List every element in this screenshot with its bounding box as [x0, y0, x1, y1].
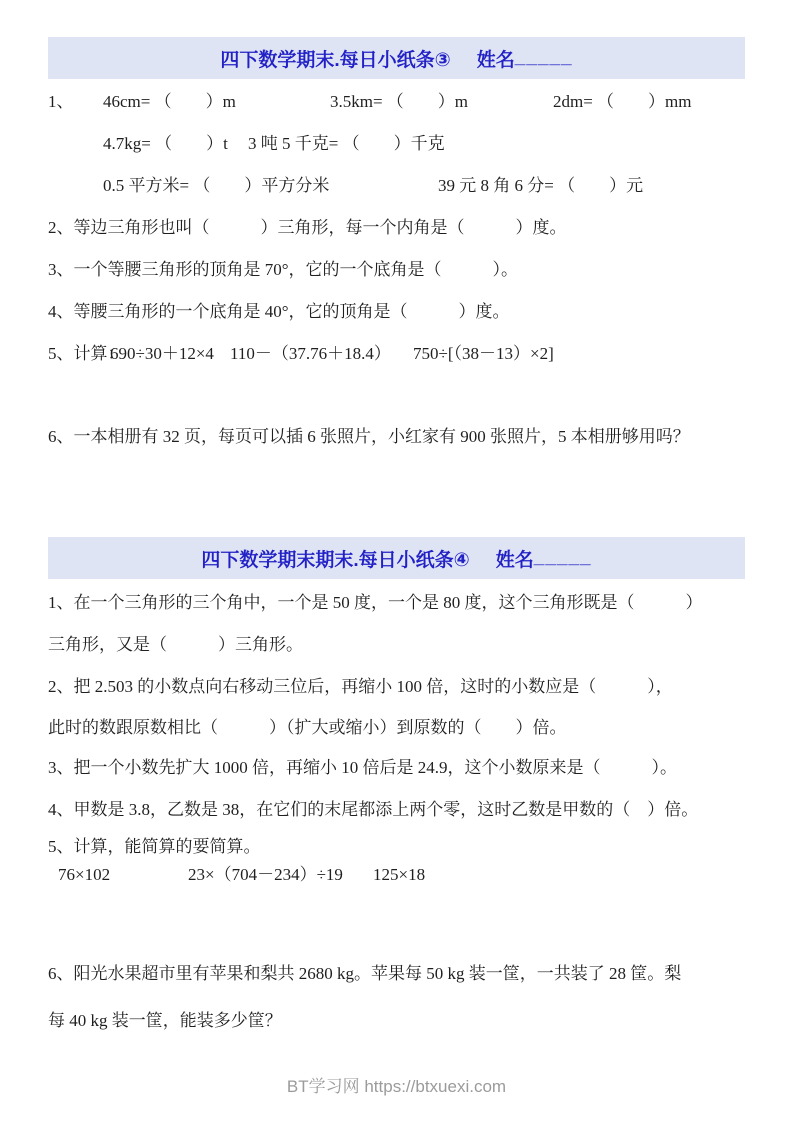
s1-q1-row2: 4.7kg= （ ）t 3 吨 5 千克= （ ）千克	[48, 133, 745, 155]
section1-name-label: 姓名	[477, 45, 515, 72]
s1-q1-blank-2: 3.5km= （ ）m	[330, 91, 468, 113]
s1-q2: 2、等边三角形也叫（ ）三角形，每一个内角是（ ）度。	[48, 217, 745, 239]
s2-q5-expr-2: 23×（704－234）÷19	[188, 864, 343, 886]
section1-header: 四下数学期末.每日小纸条③ 姓名 _____	[48, 37, 745, 79]
s1-q1-row3: 0.5 平方米= （ ）平方分米 39 元 8 角 6 分= （ ）元	[48, 175, 745, 197]
section2-title: 四下数学期末期末.每日小纸条④	[201, 545, 469, 572]
s1-q1-blank-4: 4.7kg= （ ）t	[103, 133, 228, 155]
section2-header: 四下数学期末期末.每日小纸条④ 姓名 _____	[48, 537, 745, 579]
s1-q5-expr-1: 690÷30＋12×4	[110, 343, 214, 365]
s1-q1-blank-1: 46cm= （ ）m	[103, 91, 236, 113]
s2-q2-line1: 2、把 2.503 的小数点向右移动三位后，再缩小 100 倍，这时的小数应是（…	[48, 676, 745, 698]
s1-q1-blank-6: 0.5 平方米= （ ）平方分米	[103, 175, 329, 197]
section1-name-blank-line: _____	[515, 47, 573, 69]
s1-q5: 5、计算： 690÷30＋12×4 110－（37.76＋18.4） 750÷[…	[48, 343, 745, 365]
s1-q4: 4、等腰三角形的一个底角是 40°，它的顶角是（ ）度。	[48, 301, 745, 323]
s1-q1-blank-3: 2dm= （ ）mm	[553, 91, 692, 113]
s1-q1-blank-5: 3 吨 5 千克= （ ）千克	[248, 133, 445, 155]
s1-q3: 3、一个等腰三角形的顶角是 70°，它的一个底角是（ ）。	[48, 259, 745, 281]
s2-q4: 4、甲数是 3.8，乙数是 38，在它们的末尾都添上两个零，这时乙数是甲数的（ …	[48, 799, 745, 821]
s2-q5-expr-3: 125×18	[373, 864, 425, 886]
s2-q3: 3、把一个小数先扩大 1000 倍，再缩小 10 倍后是 24.9，这个小数原来…	[48, 757, 745, 779]
s2-q5-expr-1: 76×102	[58, 864, 110, 886]
s2-q1-line2: 三角形，又是（ ）三角形。	[48, 634, 745, 656]
s1-q5-expr-2: 110－（37.76＋18.4）	[230, 343, 391, 365]
s2-q1-line1: 1、在一个三角形的三个角中，一个是 50 度，一个是 80 度，这个三角形既是（…	[48, 592, 745, 614]
s2-q6-line2: 每 40 kg 装一筐，能装多少筐？	[48, 1010, 745, 1032]
s1-q1-row1: 1、 46cm= （ ）m 3.5km= （ ）m 2dm= （ ）mm	[48, 91, 745, 113]
s2-q2-line2: 此时的数跟原数相比（ ）（扩大或缩小）到原数的（ ）倍。	[48, 717, 745, 739]
s1-q1-blank-7: 39 元 8 角 6 分= （ ）元	[438, 175, 643, 197]
s2-q6-line1: 6、阳光水果超市里有苹果和梨共 2680 kg。苹果每 50 kg 装一筐，一共…	[48, 963, 745, 985]
section1-title: 四下数学期末.每日小纸条③	[220, 45, 450, 72]
section2-name-blank-line: _____	[534, 547, 592, 569]
s1-q1-number: 1、	[48, 91, 74, 113]
s2-q5-label: 5、计算，能简算的要简算。	[48, 836, 745, 858]
s2-q5-expressions: 76×102 23×（704－234）÷19 125×18	[48, 864, 745, 886]
s1-q6: 6、一本相册有 32 页，每页可以插 6 张照片，小红家有 900 张照片，5 …	[48, 426, 745, 448]
section2-name-label: 姓名	[496, 545, 534, 572]
s1-q5-expr-3: 750÷[（38－13）×2]	[413, 343, 554, 365]
worksheet-page: 四下数学期末.每日小纸条③ 姓名 _____ 1、 46cm= （ ）m 3.5…	[0, 0, 793, 1122]
watermark-footer: BT学习网 https://btxuexi.com	[0, 1072, 793, 1097]
